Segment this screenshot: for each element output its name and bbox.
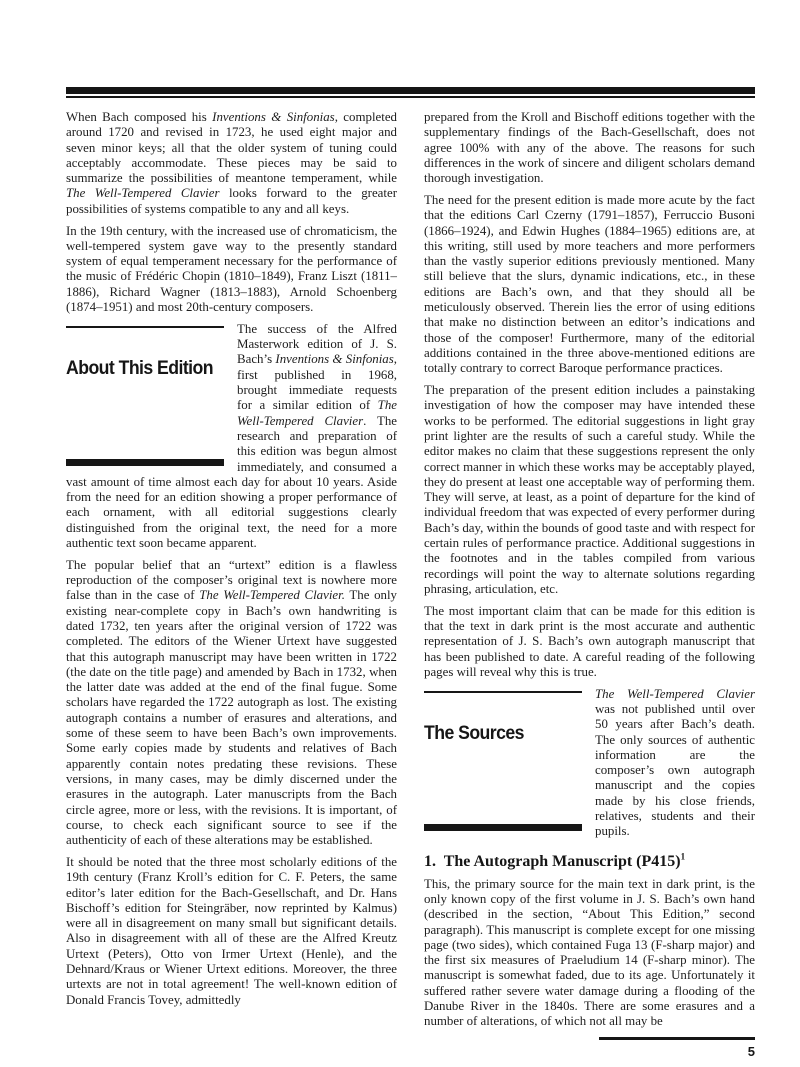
page-footer: 5 [424, 1037, 755, 1059]
paragraph: The most important claim that can be mad… [424, 604, 755, 680]
paragraph: About This EditionThe success of the Alf… [66, 322, 397, 551]
about-this-edition-heading-block: About This Edition [66, 326, 224, 466]
autograph-manuscript-subheading: 1. The Autograph Manuscript (P415)1 [424, 853, 755, 871]
paragraph: The need for the present edition is made… [424, 193, 755, 377]
paragraph-text: The Well-Tempered Clavier was not publis… [595, 687, 755, 839]
paragraph: The popular belief that an “urtext” edit… [66, 558, 397, 849]
the-sources-heading: The Sources [424, 726, 571, 741]
paragraph: This, the primary source for the main te… [424, 877, 755, 1030]
paragraph: The preparation of the present edition i… [424, 383, 755, 597]
paragraph: In the 19th century, with the increased … [66, 224, 397, 316]
paragraph: When Bach composed his Inventions & Sinf… [66, 110, 397, 217]
footnote-separator-rule [599, 1037, 755, 1040]
top-double-rule [66, 87, 755, 98]
document-page: When Bach composed his Inventions & Sinf… [0, 0, 800, 1067]
about-this-edition-heading: About This Edition [66, 361, 213, 376]
paragraph: It should be noted that the three most s… [66, 855, 397, 1008]
paragraph: prepared from the Kroll and Bischoff edi… [424, 110, 755, 186]
the-sources-heading-block: The Sources [424, 691, 582, 831]
right-column: prepared from the Kroll and Bischoff edi… [424, 110, 755, 1059]
left-column: When Bach composed his Inventions & Sinf… [66, 110, 397, 1059]
page-number: 5 [424, 1044, 755, 1059]
paragraph: The SourcesThe Well-Tempered Clavier was… [424, 687, 755, 840]
